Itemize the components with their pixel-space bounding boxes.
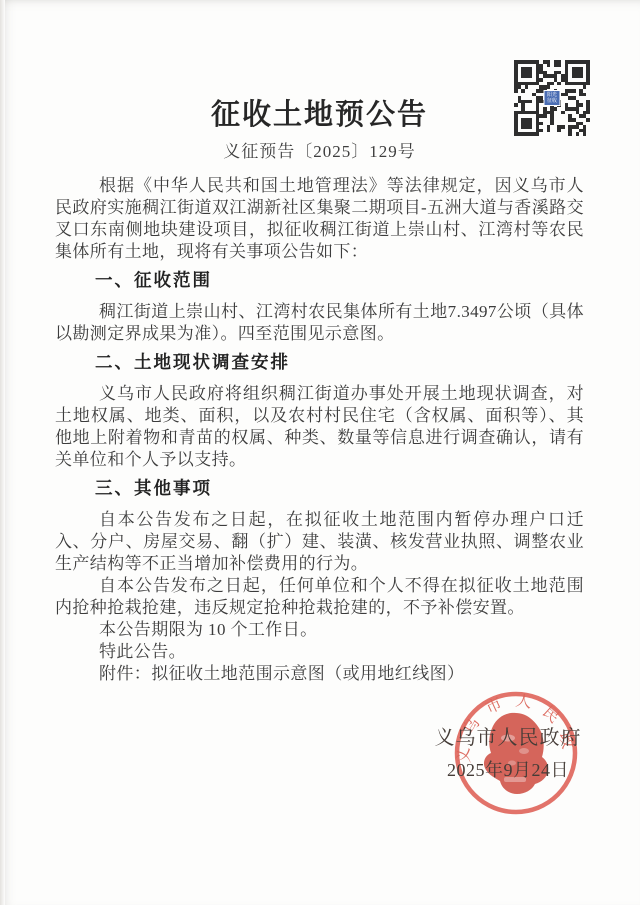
- attachment-line: 附件：拟征收土地范围示意图（或用地红线图）: [55, 663, 584, 685]
- section-2-paragraph: 义乌市人民政府将组织稠江街道办事处开展土地现状调查，对土地权属、地类、面积，以及…: [55, 383, 584, 471]
- signature-block: 义乌市人民政府 2025年9月24日: [428, 727, 588, 780]
- page-title: 征收土地预公告: [55, 98, 584, 132]
- notice-period-line: 本公告期限为 10 个工作日。: [55, 619, 584, 641]
- document-content: 征收土地预公告 义征预告〔2025〕129号 根据《中华人民共和国土地管理法》等…: [55, 0, 584, 685]
- issue-date: 2025年9月24日: [428, 760, 588, 780]
- section-3-paragraph-1: 自本公告发布之日起，在拟征收土地范围内暂停办理户口迁入、分户、房屋交易、翻（扩）…: [55, 509, 584, 575]
- doc-number: 义征预告〔2025〕129号: [55, 141, 584, 163]
- section-3-heading: 三、其他事项: [55, 478, 584, 498]
- hereby-announced-line: 特此公告。: [55, 641, 584, 663]
- issuer-name: 义乌市人民政府: [428, 727, 588, 749]
- section-1-paragraph: 稠江街道上崇山村、江湾村农民集体所有土地7.3497公顷（具体以勘测定界成果为准…: [55, 301, 584, 345]
- announcement-page: 阳光征收 征收土地预公告 义征预告〔2025〕129号 根据《中华人民共和国土地…: [0, 0, 640, 905]
- scan-edge-shadow: [0, 0, 5, 905]
- section-2-heading: 二、土地现状调查安排: [55, 352, 584, 372]
- section-3-paragraph-2: 自本公告发布之日起，任何单位和个人不得在拟征收土地范围内抢种抢栽抢建，违反规定抢…: [55, 575, 584, 619]
- intro-paragraph: 根据《中华人民共和国土地管理法》等法律规定，因义乌市人民政府实施稠江街道双江湖新…: [55, 175, 584, 263]
- section-1-heading: 一、征收范围: [55, 270, 584, 290]
